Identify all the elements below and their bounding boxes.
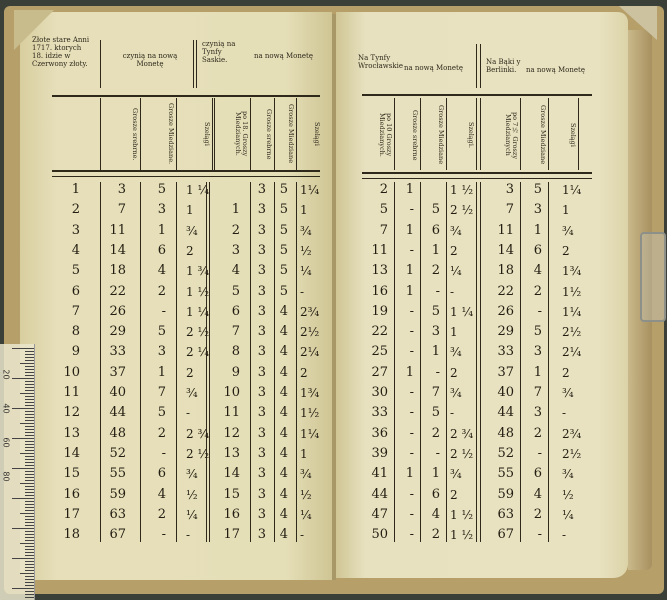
table-cell: 1 ½	[450, 527, 476, 543]
ruler-tick	[25, 435, 34, 436]
table-cell: 2	[186, 365, 212, 381]
ruler-tick	[25, 390, 34, 391]
table-cell: -	[136, 527, 166, 543]
ruler-tick	[25, 546, 34, 547]
table-cell: 4	[258, 324, 288, 340]
table-cell: 4	[512, 263, 542, 279]
table-cell: 2	[450, 487, 476, 503]
table-cell: 2	[512, 507, 542, 523]
column-divider	[250, 98, 251, 170]
ruler-tick	[25, 561, 34, 562]
table-cell: 1 ½	[186, 284, 212, 300]
table-cell: 4	[258, 446, 288, 462]
table-cell: 1¼	[562, 304, 588, 320]
ruler-tick	[25, 369, 34, 370]
ruler-tick	[25, 441, 34, 442]
table-cell: ¾	[562, 385, 588, 401]
table-cell: 1 ½	[450, 507, 476, 523]
column-header: Szelągi	[550, 102, 576, 168]
ruler-tick	[25, 486, 34, 487]
table-cell: 5	[136, 405, 166, 421]
ruler-tick	[25, 360, 34, 361]
ruler-tick	[25, 585, 34, 586]
table-cell: 1	[384, 182, 414, 198]
table-cell: -	[300, 527, 326, 543]
table-cell: 2 ½	[450, 446, 476, 462]
column-divider	[548, 98, 549, 170]
ruler-tick	[12, 468, 34, 469]
ruler-tick	[25, 459, 34, 460]
table-cell: 2¾	[562, 426, 588, 442]
column-divider	[212, 98, 213, 170]
table-cell: 2	[136, 284, 166, 300]
table-cell: 1 ¼	[186, 304, 212, 320]
ruler-tick	[25, 375, 34, 376]
table-cell: 8	[50, 324, 80, 340]
table-cell: 5	[50, 263, 80, 279]
ruler-tick	[25, 531, 34, 532]
table-cell: -	[136, 304, 166, 320]
table-cell: 29	[96, 324, 126, 340]
table-cell: -	[186, 405, 212, 421]
table-cell: 1½	[300, 405, 326, 421]
table-cell: 17	[50, 507, 80, 523]
table-cell: -	[512, 446, 542, 462]
column-header: Grosze srebrne	[396, 102, 418, 168]
table-cell: 40	[96, 385, 126, 401]
ruler-tick	[25, 444, 34, 445]
table-cell: 4	[258, 487, 288, 503]
column-header: Szelągi.	[448, 102, 474, 168]
column-divider	[480, 182, 481, 542]
rule	[52, 170, 320, 172]
table-cell: 4	[258, 426, 288, 442]
table-cell: 5	[258, 263, 288, 279]
table-cell: -	[136, 446, 166, 462]
table-cell: 5	[258, 202, 288, 218]
ruler-tick	[25, 450, 34, 451]
table-cell: 1	[136, 365, 166, 381]
table-cell: 4	[258, 304, 288, 320]
table-cell: 11	[50, 385, 80, 401]
table-cell: 44	[96, 405, 126, 421]
table-cell: -	[450, 284, 476, 300]
column-header: Szelągi	[178, 102, 210, 166]
table-cell: 1¼	[300, 426, 326, 442]
ruler-tick	[25, 417, 34, 418]
ruler-label: 80	[2, 471, 11, 481]
table-cell: 5	[512, 182, 542, 198]
page-clip	[640, 232, 666, 322]
table-cell: 6	[410, 223, 440, 239]
table-cell: 1 ¾	[186, 263, 212, 279]
table-cell: 1	[512, 223, 542, 239]
table-cell: 1¼	[562, 182, 588, 198]
table-cell: ¼	[450, 263, 476, 279]
table-cell: 2	[410, 263, 440, 279]
table-cell: 26	[484, 304, 514, 320]
ruler-tick	[25, 594, 34, 595]
table-cell: 7	[410, 385, 440, 401]
ruler-tick	[25, 384, 34, 385]
table-cell: ¾	[562, 466, 588, 482]
column-divider	[520, 98, 521, 170]
column-divider	[296, 182, 297, 542]
column-header: Grosze Miedziane	[522, 102, 546, 168]
ruler-tick	[25, 576, 34, 577]
table-cell: ¼	[300, 507, 326, 523]
column-divider	[140, 98, 141, 170]
table-cell: 1	[512, 365, 542, 381]
ruler-tick	[25, 525, 34, 526]
table-cell: 15	[50, 466, 80, 482]
ruler-tick	[25, 372, 34, 373]
table-cell: 5	[258, 243, 288, 259]
table-cell: 6	[136, 243, 166, 259]
ruler-tick	[25, 570, 34, 571]
column-divider	[420, 98, 421, 170]
table-cell: 6	[50, 284, 80, 300]
table-cell: ¾	[300, 223, 326, 239]
table-cell: 2½	[562, 446, 588, 462]
table-cell: 2¼	[562, 344, 588, 360]
ruler-tick	[12, 558, 34, 559]
table-cell: 2	[136, 507, 166, 523]
table-cell: ¾	[186, 385, 212, 401]
table-cell: 1	[410, 344, 440, 360]
ruler-tick	[25, 456, 34, 457]
column-divider	[214, 98, 215, 170]
table-cell: 4	[410, 507, 440, 523]
ruler-tick	[25, 405, 34, 406]
table-cell: 26	[96, 304, 126, 320]
table-cell: 4	[258, 365, 288, 381]
table-cell: 3	[136, 344, 166, 360]
ruler-tick	[12, 348, 34, 349]
table-cell: -	[562, 527, 588, 543]
ruler-tick	[20, 363, 34, 364]
ruler-tick	[25, 519, 34, 520]
ruler-tick	[25, 471, 34, 472]
table-cell: 3	[50, 223, 80, 239]
table-cell: 3	[512, 405, 542, 421]
column-divider	[476, 98, 477, 170]
ruler-tick	[25, 564, 34, 565]
table-cell: ¾	[450, 466, 476, 482]
ruler-tick	[25, 429, 34, 430]
table-cell: 5	[410, 405, 440, 421]
ruler-tick	[25, 489, 34, 490]
table-cell: 4	[258, 527, 288, 543]
table-cell: 2	[410, 527, 440, 543]
divider	[196, 40, 197, 88]
table-cell: 22	[96, 284, 126, 300]
table-cell: -	[410, 284, 440, 300]
table-cell: 63	[484, 507, 514, 523]
table-cell: ¾	[450, 223, 476, 239]
table-cell: 1	[450, 324, 476, 340]
header-new-coin-3: na nową Monetę	[404, 64, 478, 72]
table-cell: 5	[410, 304, 440, 320]
table-cell: 52	[484, 446, 514, 462]
ruler-tick	[12, 378, 34, 379]
ruler-tick	[25, 414, 34, 415]
ruler-tick	[25, 501, 34, 502]
table-cell: 2	[300, 365, 326, 381]
table-cell: ½	[562, 487, 588, 503]
table-cell: 63	[96, 507, 126, 523]
table-cell: 1	[300, 446, 326, 462]
ruler-tick	[25, 510, 34, 511]
column-header: po 18. Groszy Miedzianych.	[214, 102, 248, 166]
ruler-tick	[25, 492, 34, 493]
table-cell: 1	[50, 182, 80, 198]
table-cell: 5	[258, 223, 288, 239]
table-cell: 2	[136, 426, 166, 442]
table-cell: 5	[410, 202, 440, 218]
table-cell: 11	[96, 223, 126, 239]
ruler-tick	[20, 543, 34, 544]
table-cell: 2	[562, 243, 588, 259]
ruler-tick	[25, 579, 34, 580]
column-divider	[176, 98, 177, 170]
table-cell: 14	[96, 243, 126, 259]
table-cell: 2 ½	[450, 202, 476, 218]
table-cell: 6	[512, 466, 542, 482]
column-header: Grosze srebrne	[252, 102, 272, 166]
divider	[100, 40, 101, 88]
ruler-tick	[25, 447, 34, 448]
ruler-tick	[25, 567, 34, 568]
divider	[480, 44, 481, 88]
table-cell: 1	[410, 466, 440, 482]
table-cell: ¼	[562, 507, 588, 523]
table-cell: 18	[50, 527, 80, 543]
table-cell: 2¾	[300, 304, 326, 320]
table-cell: 2	[512, 284, 542, 300]
ruler-tick	[20, 513, 34, 514]
table-cell: 2	[450, 243, 476, 259]
rule	[362, 178, 592, 179]
table-cell: 7	[484, 202, 514, 218]
ruler-tick	[25, 555, 34, 556]
table-cell: 2 ½	[186, 324, 212, 340]
rule	[362, 172, 592, 174]
table-cell: 5	[136, 324, 166, 340]
table-cell: 13	[50, 426, 80, 442]
ruler-label: 20	[2, 369, 11, 379]
table-cell: 2 ¾	[450, 426, 476, 442]
ruler-tick	[25, 402, 34, 403]
column-divider	[296, 98, 297, 170]
ruler: 20406080	[0, 344, 35, 600]
table-cell: ¾	[450, 344, 476, 360]
table-cell: 55	[96, 466, 126, 482]
table-cell: -	[450, 405, 476, 421]
table-cell: 2	[50, 202, 80, 218]
table-cell: 1	[136, 223, 166, 239]
table-cell: ¼	[186, 507, 212, 523]
column-header: po 10 Groszy Miedzianych.	[364, 102, 392, 168]
table-cell: 4	[258, 507, 288, 523]
table-cell: 3	[512, 344, 542, 360]
ruler-tick	[25, 420, 34, 421]
header-new-coin-4: na nową Monetę	[526, 66, 600, 74]
column-header: Grosze srebrne.	[102, 102, 138, 166]
table-cell: 2¼	[300, 344, 326, 360]
table-cell: 2½	[300, 324, 326, 340]
table-cell: 59	[96, 487, 126, 503]
ruler-tick	[25, 591, 34, 592]
column-divider	[476, 182, 477, 542]
table-cell: ¾	[300, 466, 326, 482]
table-cell: 4	[258, 344, 288, 360]
table-cell: 33	[96, 344, 126, 360]
table-cell: 10	[50, 365, 80, 381]
table-cell: ¾	[186, 466, 212, 482]
table-cell: ½	[186, 487, 212, 503]
table-cell: 4	[258, 466, 288, 482]
table-cell: 3	[512, 202, 542, 218]
column-divider	[446, 182, 447, 542]
table-cell: 1¾	[562, 263, 588, 279]
table-cell: ¼	[300, 263, 326, 279]
book-spine	[332, 14, 336, 580]
ruler-tick	[25, 387, 34, 388]
table-cell: ¾	[186, 223, 212, 239]
table-cell: 2	[512, 426, 542, 442]
table-cell: 4	[258, 385, 288, 401]
table-cell: 7	[512, 385, 542, 401]
column-divider	[578, 98, 579, 170]
table-cell: 6	[410, 487, 440, 503]
table-cell: -	[186, 527, 212, 543]
ruler-tick	[25, 507, 34, 508]
ruler-tick	[12, 498, 34, 499]
ruler-tick	[25, 381, 34, 382]
table-cell: 7	[50, 304, 80, 320]
ruler-tick	[20, 423, 34, 424]
ruler-tick	[25, 477, 34, 478]
table-cell: 44	[484, 405, 514, 421]
header-new-coin-1: czynią na nową Monetę	[112, 52, 188, 68]
table-cell: 4	[512, 487, 542, 503]
ruler-tick	[25, 552, 34, 553]
table-cell: 3	[410, 324, 440, 340]
ruler-tick	[25, 534, 34, 535]
ruler-tick	[20, 453, 34, 454]
table-cell: ¾	[562, 223, 588, 239]
rule	[362, 94, 592, 96]
table-cell: 52	[96, 446, 126, 462]
table-cell: 14	[484, 243, 514, 259]
divider	[193, 40, 194, 88]
table-cell: ¾	[450, 385, 476, 401]
header-new-coin-2: na nową Monetę	[254, 52, 324, 60]
table-cell: 1 ¼	[450, 304, 476, 320]
header-saxon-tynf: czynią na Tynfy Saskie.	[202, 40, 248, 64]
ruler-tick	[25, 549, 34, 550]
table-cell: 33	[484, 344, 514, 360]
table-cell: 5	[258, 182, 288, 198]
table-cell: 16	[50, 487, 80, 503]
ruler-tick	[25, 354, 34, 355]
column-header: Szelągi	[298, 102, 320, 166]
ruler-tick	[25, 504, 34, 505]
table-cell: 1	[562, 202, 588, 218]
ruler-tick	[25, 432, 34, 433]
ruler-tick	[12, 408, 34, 409]
table-cell: 2 ½	[186, 446, 212, 462]
ruler-tick	[25, 366, 34, 367]
table-cell: 1	[300, 202, 326, 218]
column-divider	[100, 98, 101, 170]
divider	[476, 44, 477, 88]
table-cell: 6	[512, 243, 542, 259]
column-divider	[446, 98, 447, 170]
table-cell: 7	[136, 385, 166, 401]
table-cell: 4	[136, 263, 166, 279]
table-cell: -	[300, 284, 326, 300]
ruler-tick	[25, 582, 34, 583]
table-cell: 1 ¼	[186, 182, 212, 198]
ruler-tick	[25, 522, 34, 523]
header-baki-berlinki: Na Bąki y Berlinki.	[486, 58, 526, 74]
table-cell: 2	[450, 365, 476, 381]
ruler-tick	[25, 396, 34, 397]
ruler-tick	[20, 483, 34, 484]
table-cell: 1¼	[300, 182, 326, 198]
table-cell: 11	[484, 223, 514, 239]
table-cell: 12	[50, 405, 80, 421]
table-cell: 4	[50, 243, 80, 259]
ruler-tick	[20, 393, 34, 394]
table-cell: 55	[484, 466, 514, 482]
column-divider	[480, 98, 481, 170]
header-old-zloty: Złote stare Anni 1717. ktorych 18. idzie…	[32, 36, 94, 68]
column-divider	[274, 98, 275, 170]
column-header: Grosze Miedziane	[422, 102, 444, 168]
ruler-label: 60	[2, 437, 11, 447]
table-cell: 1¾	[300, 385, 326, 401]
column-divider	[548, 182, 549, 542]
ruler-tick	[25, 351, 34, 352]
table-cell: 5	[512, 324, 542, 340]
table-cell: 2½	[562, 324, 588, 340]
table-cell: ½	[300, 243, 326, 259]
table-cell: 67	[484, 527, 514, 543]
table-cell: -	[562, 405, 588, 421]
ruler-tick	[25, 426, 34, 427]
ruler-tick	[25, 399, 34, 400]
table-cell: 4	[258, 405, 288, 421]
table-cell: 9	[50, 344, 80, 360]
column-header: po 7½ Groszy Miedzianych	[478, 102, 518, 168]
ruler-tick	[25, 516, 34, 517]
table-cell: 18	[96, 263, 126, 279]
ruler-tick	[12, 528, 34, 529]
table-cell: 48	[484, 426, 514, 442]
ruler-tick	[25, 474, 34, 475]
table-cell: 22	[484, 284, 514, 300]
table-cell: 14	[50, 446, 80, 462]
ruler-tick	[25, 462, 34, 463]
ruler-tick	[25, 357, 34, 358]
table-cell: 5	[136, 182, 166, 198]
table-cell: -	[410, 365, 440, 381]
table-cell: 6	[136, 466, 166, 482]
table-cell: 1½	[562, 284, 588, 300]
